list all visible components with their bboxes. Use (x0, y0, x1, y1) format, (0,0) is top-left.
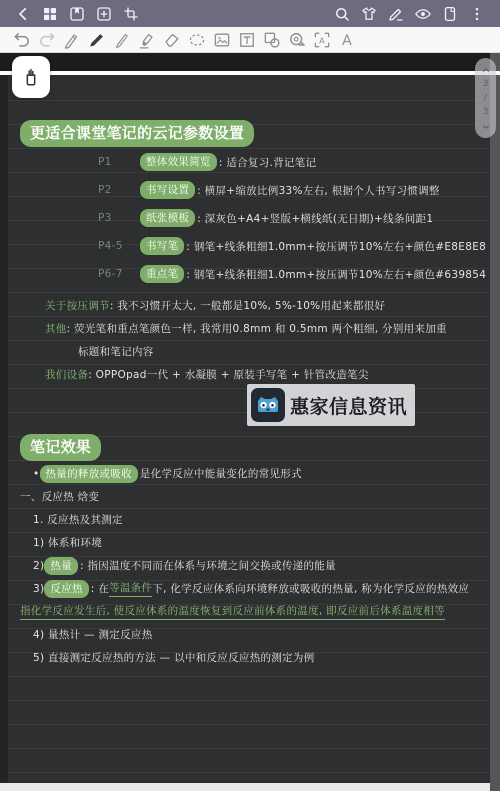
handwritten-notes: 更适合课堂笔记的云记参数设置P1整体效果简览: 适合复习.背记笔记P2书写设置:… (0, 118, 490, 669)
more-icon[interactable] (468, 5, 486, 23)
note-text: 3) (33, 583, 44, 595)
ballpoint-pen-icon[interactable] (112, 30, 132, 50)
note-text: 指化学反应发生后, 使反应体系的温度恢复到反应前体系的温度, 即反应前后体系温度… (20, 603, 445, 620)
page-down-icon[interactable] (481, 122, 491, 132)
page-total: 3 (483, 108, 489, 117)
pen-tray-button[interactable] (12, 56, 50, 98)
note-text: 4) 量热计 — 测定反应热 (33, 627, 153, 642)
note-text: 其他 (45, 321, 67, 336)
previous-page-edge (0, 53, 500, 71)
eraser-icon[interactable] (162, 30, 182, 50)
watermark-text: 惠家信息资讯 (290, 392, 407, 419)
theme-icon[interactable] (360, 5, 378, 23)
pen-cup-icon (20, 65, 42, 89)
note-line: 2) 热量: 指因温度不同而在体系与环境之间交换或传递的能量 (0, 554, 490, 577)
note-text: 2) (33, 560, 44, 572)
text-icon[interactable] (237, 30, 257, 50)
page-ref-label: P4-5 (98, 240, 140, 252)
highlighted-note-text: 热量的释放或吸收 (40, 465, 138, 483)
bookmark-icon[interactable] (68, 5, 86, 23)
image-icon[interactable] (212, 30, 232, 50)
read-mode-icon[interactable] (414, 5, 432, 23)
highlighted-note-text: 笔记效果 (20, 434, 101, 461)
redo-icon[interactable] (37, 30, 57, 50)
highlighted-note-text: 反应热 (44, 580, 88, 598)
page-ref-label: P6-7 (98, 268, 140, 280)
note-text: : 指因温度不同而在体系与环境之间交换或传递的能量 (80, 558, 336, 573)
top-toolbar (0, 0, 500, 27)
highlighted-note-text: 重点笔 (140, 265, 184, 283)
note-line: • 热量的释放或吸收是化学反应中能量变化的常见形式 (0, 462, 490, 485)
note-line: 标题和笔记内容 (0, 340, 490, 363)
pen-mode-icon[interactable] (387, 5, 405, 23)
note-text: • (33, 468, 40, 480)
grid-icon[interactable] (41, 5, 59, 23)
highlighted-note-text: 书写笔 (140, 237, 184, 255)
font-icon[interactable]: A (337, 30, 357, 50)
note-text: 是化学反应中能量变化的常见形式 (140, 466, 302, 481)
fountain-pen-icon[interactable] (62, 30, 82, 50)
note-line: 我们设备: OPPOpad一代 + 水凝膜 + 原装手写笔 + 针管改造笔尖 (0, 363, 490, 386)
note-text: : 横屏+缩放比例33%左右, 根据个人书写习惯调整 (197, 183, 440, 198)
note-text: : 适合复习.背记笔记 (219, 155, 317, 170)
note-line: 1) 体系和环境 (0, 531, 490, 554)
note-text: 等温条件 (109, 580, 152, 597)
note-line (0, 409, 490, 432)
top-toolbar-right (333, 5, 486, 23)
note-text: : 钢笔+线条粗细1.0mm+按压调节10%左右+颜色#E8E8E8 (186, 239, 486, 254)
pen-toolbar-icons: AA (12, 30, 357, 50)
highlighted-note-text: 更适合课堂笔记的云记参数设置 (20, 120, 254, 147)
note-text: : 我不习惯开太大, 一般都是10%, 5%-10%用起来都很好 (110, 298, 385, 313)
svg-text:A: A (342, 33, 352, 49)
tape-icon[interactable] (287, 30, 307, 50)
note-line: 1. 反应热及其测定 (0, 508, 490, 531)
note-line: 指化学反应发生后, 使反应体系的温度恢复到反应前体系的温度, 即反应前后体系温度… (0, 600, 490, 623)
shapes-icon[interactable] (262, 30, 282, 50)
note-text: 一、反应热 焓变 (20, 489, 99, 504)
page-indicator[interactable]: 3 / 3 (475, 58, 496, 138)
highlighted-note-text: 整体效果简览 (140, 153, 217, 171)
note-text: 下, 化学反应体系向环境释放或吸收的热量, 称为化学反应的热效应 (152, 581, 469, 596)
top-toolbar-left (14, 5, 140, 23)
note-text: 标题和笔记内容 (78, 344, 154, 359)
watermark: 惠家信息资讯 (247, 384, 415, 426)
highlighted-note-text: 书写设置 (140, 181, 195, 199)
page-ref-label: P1 (98, 156, 140, 168)
page-ref-label: P2 (98, 184, 140, 196)
canvas-right-gutter (490, 53, 500, 791)
note-line: P6-7重点笔: 钢笔+线条粗细1.0mm+按压调节10%左右+颜色#63985… (0, 260, 490, 288)
search-icon[interactable] (333, 5, 351, 23)
note-line: 3) 反应热: 在等温条件下, 化学反应体系向环境释放或吸收的热量, 称为化学反… (0, 577, 490, 600)
page-up-icon[interactable] (481, 65, 491, 75)
note-line: 其他: 荧光笔和重点笔颜色一样, 我常用0.8mm 和 0.5mm 两个粗细, … (0, 317, 490, 340)
undo-icon[interactable] (12, 30, 32, 50)
highlighted-note-text: 纸张模板 (140, 209, 195, 227)
page-template-icon[interactable] (441, 5, 459, 23)
note-line: P4-5书写笔: 钢笔+线条粗细1.0mm+按压调节10%左右+颜色#E8E8E… (0, 232, 490, 260)
highlighter-icon[interactable] (137, 30, 157, 50)
lasso-icon[interactable] (187, 30, 207, 50)
canvas-bottom-edge (0, 783, 490, 791)
add-page-icon[interactable] (95, 5, 113, 23)
note-text: : 钢笔+线条粗细1.0mm+按压调节10%左右+颜色#639854 (186, 267, 486, 282)
note-text: : 荧光笔和重点笔颜色一样, 我常用0.8mm 和 0.5mm 两个粗细, 分别… (67, 321, 447, 336)
ocr-icon[interactable]: A (312, 30, 332, 50)
note-text: 1) 体系和环境 (33, 535, 102, 550)
note-canvas[interactable]: 3 / 3 更适合课堂笔记的云记参数设置P1整体效果简览: 适合复习.背记笔记P… (0, 53, 500, 791)
page-ref-label: P3 (98, 212, 140, 224)
note-line: 5) 直接测定反应热的方法 — 以中和反应反应热的测定为例 (0, 646, 490, 669)
highlighted-note-text: 热量 (44, 557, 78, 575)
note-line: 笔记效果 (0, 432, 490, 462)
note-line: 4) 量热计 — 测定反应热 (0, 623, 490, 646)
note-text: 我们设备 (45, 367, 88, 382)
watermark-app-icon (251, 388, 285, 422)
screenshot-icon[interactable] (122, 5, 140, 23)
note-text: : 深灰色+A4+竖版+横线纸(无日期)+线条间距1 (197, 211, 433, 226)
note-text: : OPPOpad一代 + 水凝膜 + 原装手写笔 + 针管改造笔尖 (88, 367, 368, 382)
page-current: 3 (483, 80, 489, 89)
note-line: P2书写设置: 横屏+缩放比例33%左右, 根据个人书写习惯调整 (0, 176, 490, 204)
note-line: P1整体效果简览: 适合复习.背记笔记 (0, 148, 490, 176)
note-text: 5) 直接测定反应热的方法 — 以中和反应反应热的测定为例 (33, 650, 315, 665)
note-line: P3纸张模板: 深灰色+A4+竖版+横线纸(无日期)+线条间距1 (0, 204, 490, 232)
back-icon[interactable] (14, 5, 32, 23)
page-separator-text: / (484, 94, 487, 103)
svg-text:A: A (319, 35, 325, 45)
note-text: 1. 反应热及其测定 (33, 512, 123, 527)
page-separator-line (0, 71, 500, 75)
note-text: : 在 (91, 581, 109, 596)
note-line: 一、反应热 焓变 (0, 485, 490, 508)
pencil-icon[interactable] (87, 30, 107, 50)
note-text: 关于按压调节 (45, 298, 110, 313)
note-line (0, 386, 490, 409)
note-line: 更适合课堂笔记的云记参数设置 (0, 118, 490, 148)
pen-toolbar: AA (0, 27, 500, 53)
note-line: 关于按压调节: 我不习惯开太大, 一般都是10%, 5%-10%用起来都很好 (0, 294, 490, 317)
